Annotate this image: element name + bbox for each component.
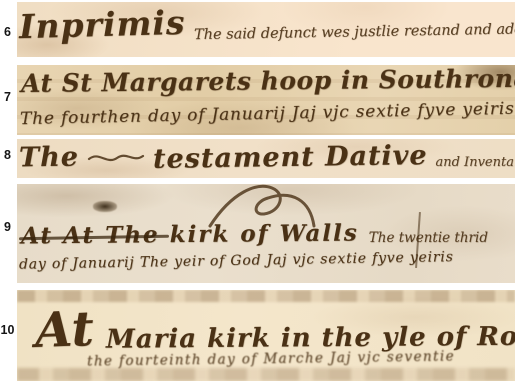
row-number-7: 7 [0,91,15,104]
manuscript-strip-10: At Maria kirk in the yle of Ronsay the f… [17,290,515,381]
manuscript-strip-6: Inprimis The said defunct wes justlie re… [17,2,515,57]
handwriting-line-2: The fourthen day of Januarij Jaj vjc sex… [20,99,515,129]
handwriting-line-1: At St Margarets hoop in Southronaldsha [21,65,515,98]
row-number-6: 6 [0,26,15,39]
handwriting-lead-word: Inprimis [19,3,186,46]
handwriting-word: The [19,142,79,174]
handwriting-text: The said defunct wes justlie restand and… [194,21,515,43]
manuscript-strip-7: At St Margarets hoop in Southronaldsha T… [17,65,515,135]
manuscript-strip-8: The testament Dative and Inventar of the [17,139,515,178]
handwriting-lead-word: At At The kirk of Walls [21,220,359,250]
handwriting-text: The twentie thrid [369,230,488,246]
handwriting-line-2: day of Januarij The yeir of God Jaj vjc … [19,249,454,273]
handwriting-text: and Inventar of the [435,155,515,170]
handwriting-initial: At [34,301,94,359]
row-number-8: 8 [0,149,15,162]
handwriting-line: The testament Dative and Inventar of the [17,139,515,173]
ink-blot [93,201,117,212]
manuscript-strip-9: At At The kirk of Walls The twentie thri… [17,184,515,283]
handwriting-line: Inprimis The said defunct wes justlie re… [17,2,515,44]
row-number-9: 9 [0,221,15,234]
pen-squiggle-icon [87,149,145,167]
row-number-10: 10 [0,324,15,337]
manuscript-exercise-page: 6 Inprimis The said defunct wes justlie … [0,0,515,381]
handwriting-word: testament Dative [153,140,428,175]
